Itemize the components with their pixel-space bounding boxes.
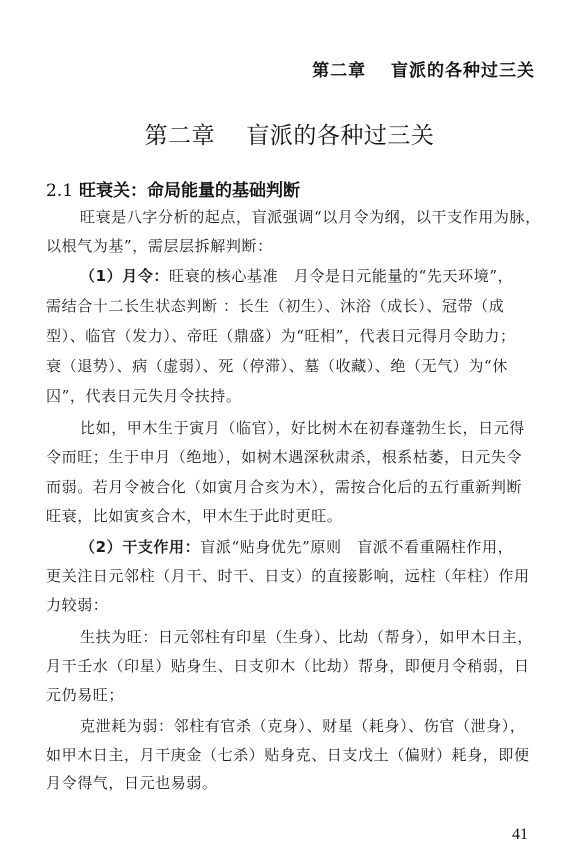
paragraph-line: 更关注日元邻柱（月干、时干、日支）的直接影响，远柱（年柱）作用 (46, 566, 536, 586)
item-lead: （1）月令： (80, 267, 169, 285)
item-lead: （2）干支作用： (80, 538, 200, 556)
paragraph-line: 如甲木日主，月干庚金（七杀）贴身克、日支戊土（偏财）耗身，即便 (46, 745, 536, 765)
page-number: 41 (512, 826, 528, 844)
item-text: 盲派“贴身优先”原则 盲派不看重隔柱作用， (200, 538, 513, 556)
paragraph-line: 月令得气，日元也易弱。 (46, 773, 536, 793)
paragraph-line: 以根气为基”，需层层拆解判断： (46, 236, 536, 256)
paragraph-line: 型）、临官（发力）、帝旺（鼎盛）为“旺相”，代表日元得月令助力； (46, 326, 536, 346)
paragraph-line: 需结合十二长生状态判断 ：长生（初生）、沐浴（成长）、冠带（成 (46, 296, 536, 316)
chapter-title: 第二章 盲派的各种过三关 (0, 117, 579, 150)
paragraph-line: 力较弱： (46, 595, 536, 615)
paragraph-line: 旺衰是八字分析的起点，盲派强调“以月令为纲，以干支作用为脉， (80, 207, 536, 227)
section-title: 旺衰关：命局能量的基础判断 (79, 181, 300, 201)
paragraph-line: 克泄耗为弱：邻柱有官杀（克身）、财星（耗身）、伤官（泄身）， (80, 716, 536, 736)
section-number: 2.1 (46, 181, 73, 201)
paragraph-line: 囚”，代表日元失月令扶持。 (46, 386, 536, 406)
paragraph-line: 生扶为旺：日元邻柱有印星（生身）、比劫（帮身），如甲木日主， (80, 627, 536, 647)
paragraph-line: （2）干支作用：盲派“贴身优先”原则 盲派不看重隔柱作用， (80, 537, 536, 557)
paragraph-line: 而弱。若月令被合化（如寅月合亥为木），需按合化后的五行重新判断 (46, 477, 536, 497)
paragraph-line: 元仍易旺； (46, 685, 536, 705)
paragraph-line: 比如，甲木生于寅月（临官），好比树木在初春蓬勃生长，日元得 (80, 418, 536, 438)
paragraph-line: 衰（退势）、病（虚弱）、死（停滞）、墓（收藏）、绝（无气）为“休 (46, 356, 536, 376)
paragraph-line: 令而旺；生于申月（绝地），如树木遇深秋肃杀，根系枯萎，日元失令 (46, 447, 536, 467)
item-text: 旺衰的核心基准 月令是日元能量的“先天环境”， (169, 267, 513, 285)
paragraph-line: 月干壬水（印星）贴身生、日支卯木（比劫）帮身，即便月令稍弱，日 (46, 656, 536, 676)
section-heading: 2.1旺衰关：命局能量的基础判断 (46, 176, 300, 201)
running-header: 第二章 盲派的各种过三关 (312, 56, 535, 81)
paragraph-line: （1）月令：旺衰的核心基准 月令是日元能量的“先天环境”， (80, 266, 536, 286)
paragraph-line: 旺衰，比如寅亥合木，甲木生于此时更旺。 (46, 506, 536, 526)
